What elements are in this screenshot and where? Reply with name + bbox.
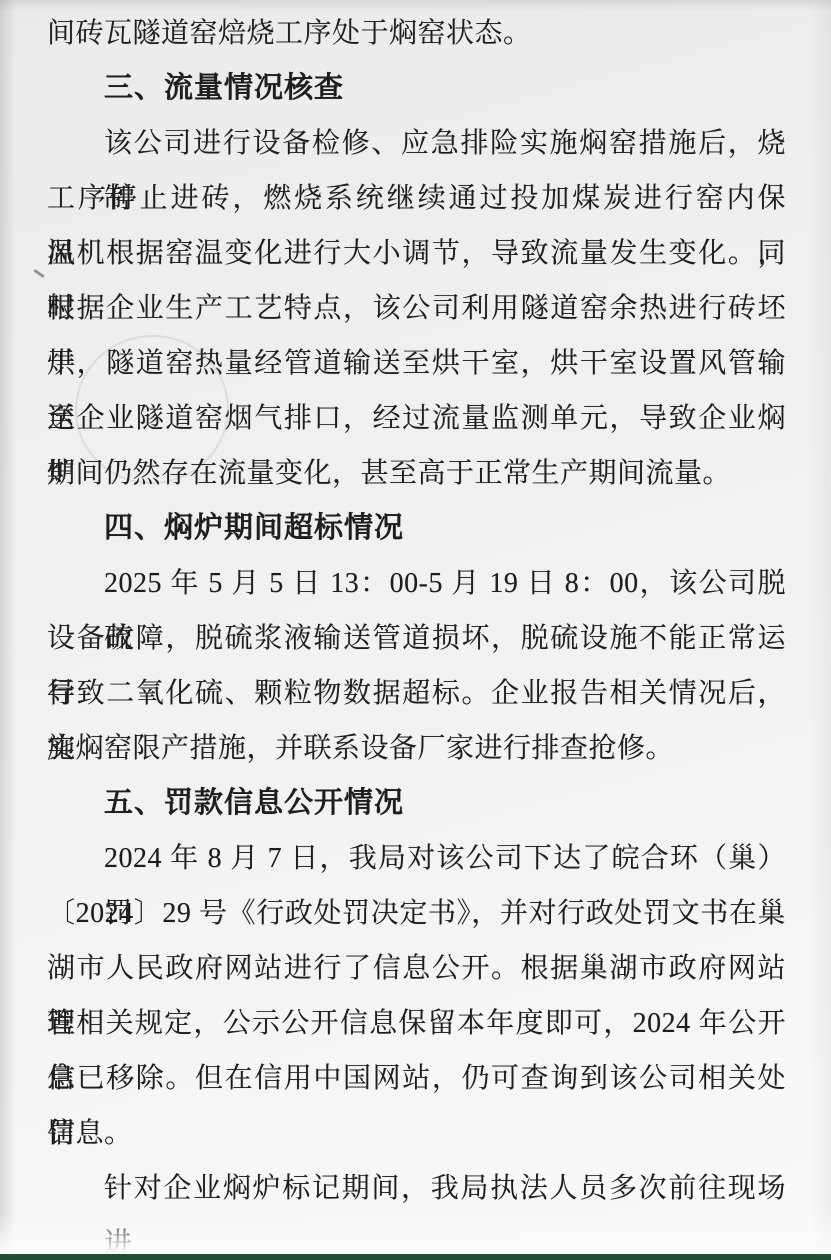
document-text: 间砖瓦隧道窑焙烧工序处于焖窑状态。三、流量情况核查该公司进行设备检修、应急排险实… xyxy=(47,6,786,1216)
text-line: 理相关规定，公示公开信息保留本年度即可，2024 年公开信 xyxy=(47,996,786,1051)
scanned-document-page: 间砖瓦隧道窑焙烧工序处于焖窑状态。三、流量情况核查该公司进行设备检修、应急排险实… xyxy=(0,0,831,1260)
bottom-green-bar xyxy=(0,1254,831,1260)
section-heading: 五、罚款信息公开情况 xyxy=(47,776,786,831)
text-line: 工序停止进砖，燃烧系统继续通过投加煤炭进行窑内保温， xyxy=(47,171,786,226)
text-line: 至企业隧道窑烟气排口，经过流量监测单元，导致企业焖炉 xyxy=(47,391,786,446)
text-line: 根据企业生产工艺特点，该公司利用隧道窑余热进行砖坯烘 xyxy=(47,281,786,336)
page-bottom-margin xyxy=(0,1212,831,1254)
text-line: 间砖瓦隧道窑焙烧工序处于焖窑状态。 xyxy=(47,6,786,61)
text-line: 施焖窑限产措施，并联系设备厂家进行排查抢修。 xyxy=(47,721,786,776)
section-heading: 三、流量情况核查 xyxy=(47,61,786,116)
text-line: 期间仍然存在流量变化，甚至高于正常生产期间流量。 xyxy=(47,446,786,501)
text-line: 针对企业焖炉标记期间，我局执法人员多次前往现场进 xyxy=(47,1161,786,1216)
text-line: 〔2024〕29 号《行政处罚决定书》，并对行政处罚文书在巢 xyxy=(47,886,786,941)
text-line: 风机根据窑温变化进行大小调节，导致流量发生变化。同时 xyxy=(47,226,786,281)
text-line: 干，隧道窑热量经管道输送至烘干室，烘干室设置风管输送 xyxy=(47,336,786,391)
section-heading: 四、焖炉期间超标情况 xyxy=(47,501,786,556)
text-line: 该公司进行设备检修、应急排险实施焖窑措施后，烧制 xyxy=(47,116,786,171)
scan-fleck xyxy=(33,269,45,278)
text-line: 2025 年 5 月 5 日 13：00-5 月 19 日 8：00，该公司脱硫 xyxy=(47,556,786,611)
text-line: 设备故障，脱硫浆液输送管道损坏，脱硫设施不能正常运行， xyxy=(47,611,786,666)
text-line: 湖市人民政府网站进行了信息公开。根据巢湖市政府网站管 xyxy=(47,941,786,996)
text-line: 信息。 xyxy=(47,1106,786,1161)
text-line: 息已移除。但在信用中国网站，仍可查询到该公司相关处罚 xyxy=(47,1051,786,1106)
text-line: 导致二氧化硫、颗粒物数据超标。企业报告相关情况后，实 xyxy=(47,666,786,721)
text-line: 2024 年 8 月 7 日，我局对该公司下达了皖合环（巢）罚 xyxy=(47,831,786,886)
